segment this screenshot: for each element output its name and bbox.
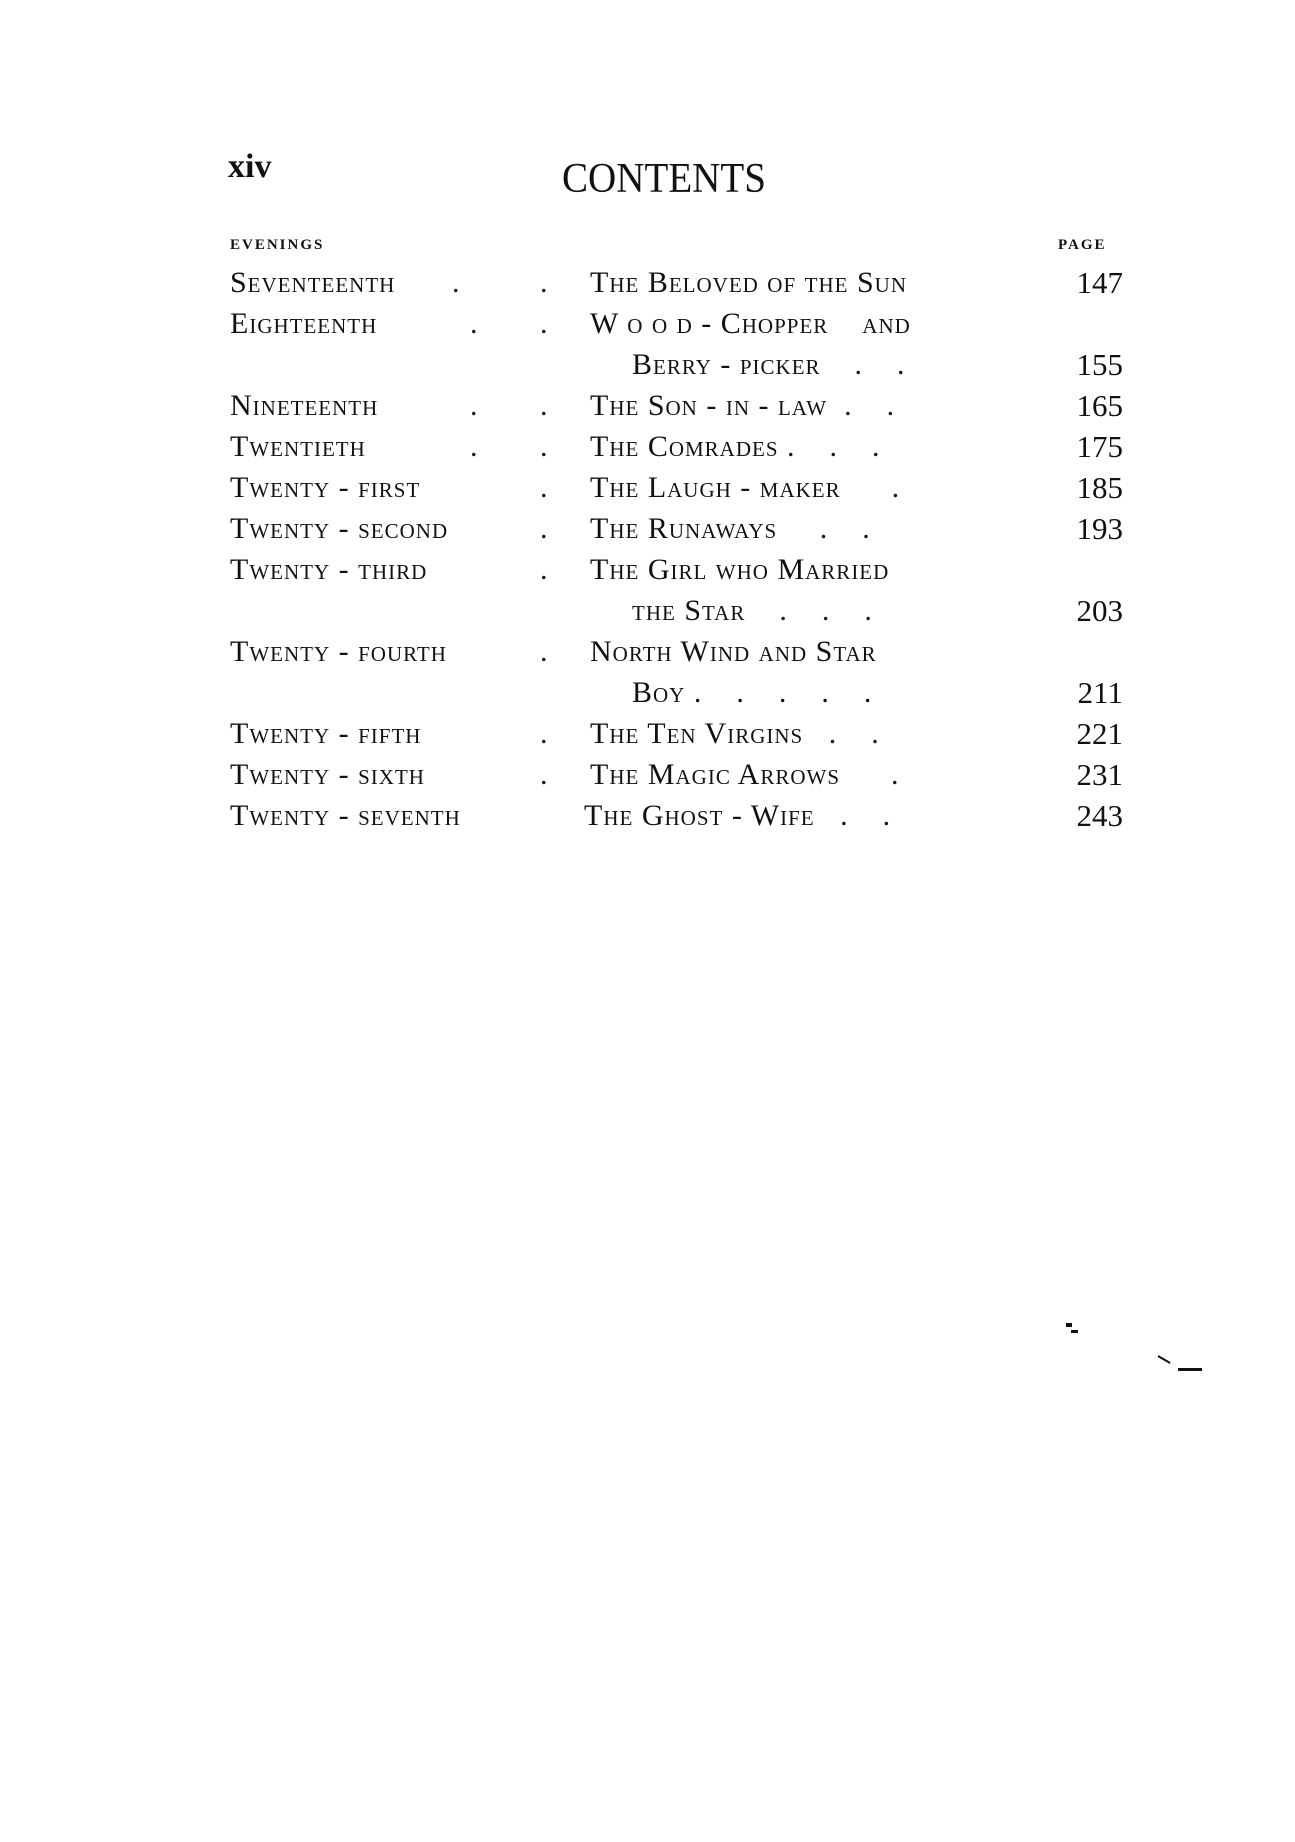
story-title-continued: Boy . . . . . xyxy=(632,672,872,713)
page-number: 185 xyxy=(1077,467,1124,508)
evening-label: Eighteenth xyxy=(230,303,377,344)
story-title-continued: the Star . . . xyxy=(632,590,873,631)
leader-dot: . xyxy=(540,631,548,672)
evening-label: Twenty - first xyxy=(230,467,420,508)
evening-label: Seventeenth xyxy=(230,262,395,303)
leader-dot: . xyxy=(470,426,478,467)
page-number: 193 xyxy=(1077,508,1124,549)
page-number: 211 xyxy=(1078,672,1123,713)
story-title: The Son - in - law . . xyxy=(590,385,895,426)
page-number: 231 xyxy=(1077,754,1124,795)
toc-entry: Seventeenth . . The Beloved of the Sun 1… xyxy=(0,262,1295,303)
story-title: The Laugh - maker . xyxy=(590,467,900,508)
column-heading-page: PAGE xyxy=(1058,238,1107,253)
leader-dot: . xyxy=(540,262,548,303)
story-title: The Runaways . . xyxy=(590,508,871,549)
story-title: The Girl who Married xyxy=(590,549,889,590)
leader-dot: . xyxy=(540,385,548,426)
page-number: 175 xyxy=(1077,426,1124,467)
page-number: 221 xyxy=(1077,713,1124,754)
leader-dot: . xyxy=(470,385,478,426)
toc-entry: Twenty - sixth . The Magic Arrows . 231 xyxy=(0,754,1295,795)
leader-dot: . xyxy=(540,713,548,754)
page-number: 155 xyxy=(1077,344,1124,385)
column-heading-evenings: EVENINGS xyxy=(230,238,324,253)
story-title: W o o d - Chopper and xyxy=(590,303,911,344)
evening-label: Nineteenth xyxy=(230,385,378,426)
evening-label: Twenty - seventh xyxy=(230,795,461,836)
evening-label: Twenty - fifth xyxy=(230,713,421,754)
toc-entry-continuation: the Star . . . 203 xyxy=(0,590,1295,631)
page-number: 147 xyxy=(1077,262,1124,303)
evening-label: Twentieth xyxy=(230,426,366,467)
evening-label: Twenty - fourth xyxy=(230,631,447,672)
folio-page-number: xiv xyxy=(228,150,271,184)
leader-dot: . xyxy=(470,303,478,344)
leader-dot: . xyxy=(540,426,548,467)
toc-entry: Twenty - seventh The Ghost - Wife . . 24… xyxy=(0,795,1295,836)
toc-entry: Twenty - fifth . The Ten Virgins . . 221 xyxy=(0,713,1295,754)
story-title: North Wind and Star xyxy=(590,631,877,672)
toc-entry-continuation: Boy . . . . . 211 xyxy=(0,672,1295,713)
toc-entry: Twenty - first . The Laugh - maker . 185 xyxy=(0,467,1295,508)
leader-dot: . xyxy=(452,262,460,303)
story-title: The Ghost - Wife . . xyxy=(584,795,891,836)
page-header: xiv CONTENTS EVENINGS PAGE xyxy=(0,0,1295,210)
story-title: The Comrades . . . xyxy=(590,426,881,467)
evening-label: Twenty - sixth xyxy=(230,754,425,795)
leader-dot: . xyxy=(540,508,548,549)
leader-dot: . xyxy=(540,549,548,590)
toc-entry: Twenty - third . The Girl who Married xyxy=(0,549,1295,590)
toc-entry: Nineteenth . . The Son - in - law . . 16… xyxy=(0,385,1295,426)
leader-dot: . xyxy=(540,303,548,344)
page-number: 165 xyxy=(1077,385,1124,426)
toc-entry: Twenty - second . The Runaways . . 193 xyxy=(0,508,1295,549)
toc-entry: Eighteenth . . W o o d - Chopper and xyxy=(0,303,1295,344)
toc-entry: Twentieth . . The Comrades . . . 175 xyxy=(0,426,1295,467)
toc-entry: Twenty - fourth . North Wind and Star xyxy=(0,631,1295,672)
story-title-continued: Berry - picker . . xyxy=(632,344,906,385)
leader-dot: . xyxy=(540,467,548,508)
page-number: 203 xyxy=(1077,590,1124,631)
toc-entry-continuation: Berry - picker . . 155 xyxy=(0,344,1295,385)
page-number: 243 xyxy=(1077,795,1124,836)
evening-label: Twenty - third xyxy=(230,549,427,590)
leader-dot: . xyxy=(540,754,548,795)
story-title: The Beloved of the Sun xyxy=(590,262,907,303)
table-of-contents: Seventeenth . . The Beloved of the Sun 1… xyxy=(0,262,1295,836)
evening-label: Twenty - second xyxy=(230,508,448,549)
page-title: CONTENTS xyxy=(562,158,766,200)
story-title: The Magic Arrows . xyxy=(590,754,900,795)
story-title: The Ten Virgins . . xyxy=(590,713,880,754)
